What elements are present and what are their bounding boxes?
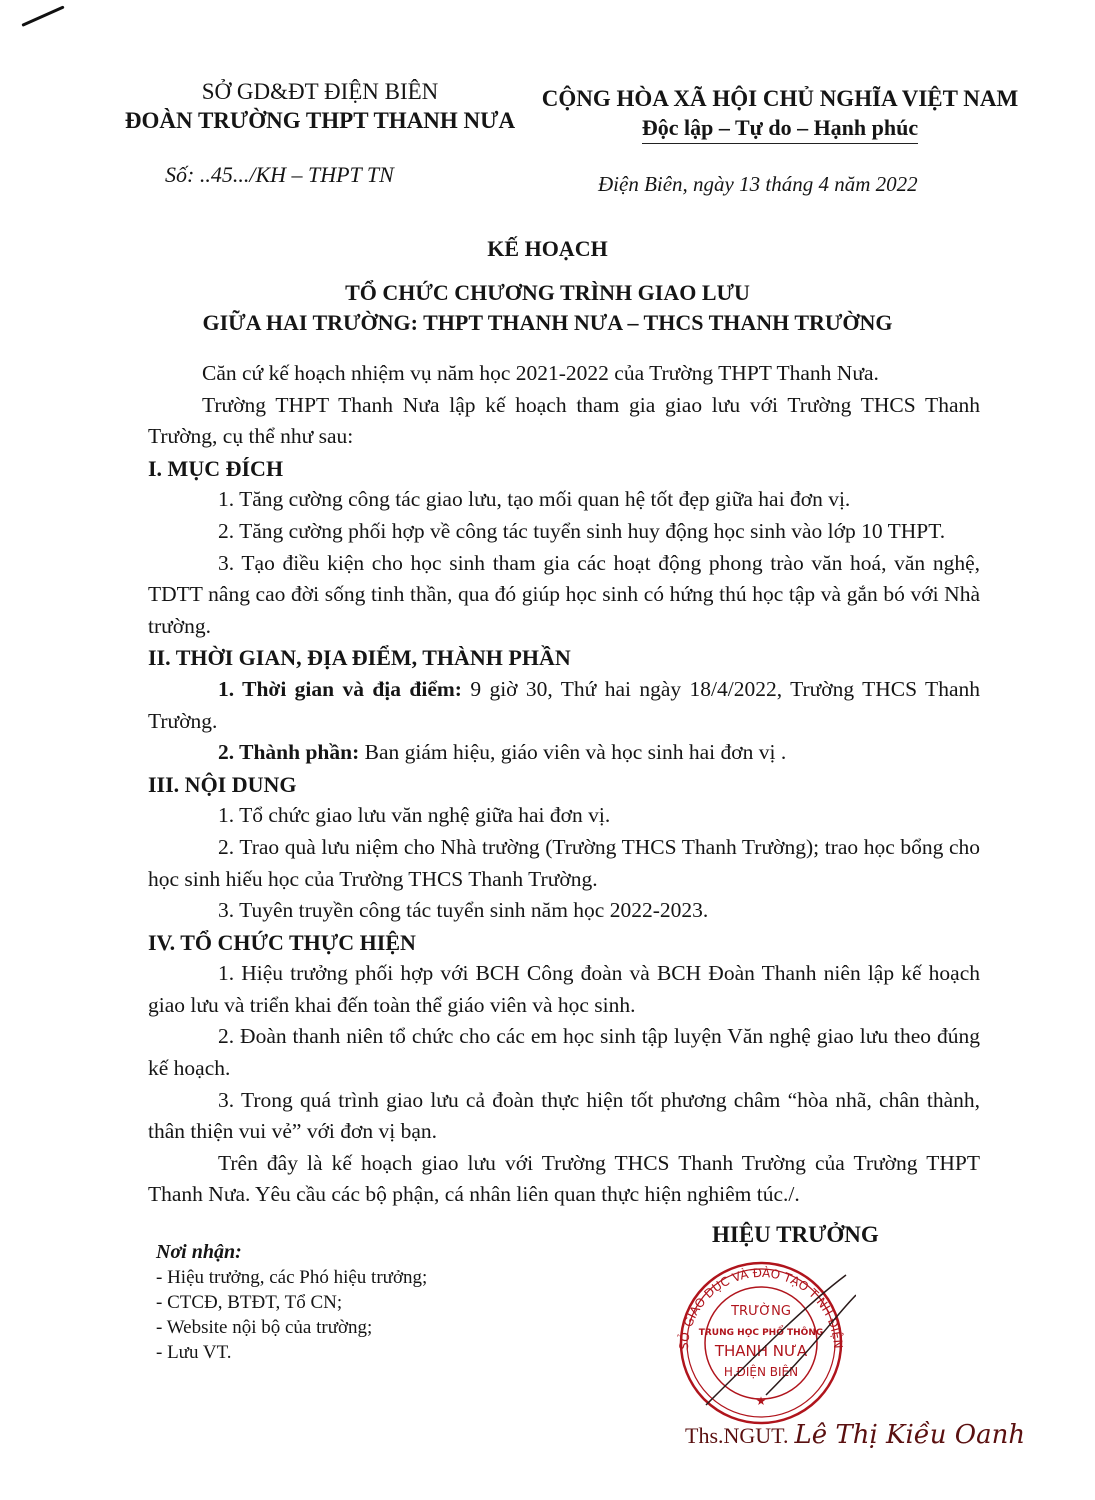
signer-prefix: Ths.NGUT. [685, 1423, 788, 1448]
document-type: KẾ HOẠCH [0, 234, 1095, 264]
list-item: 1. Tăng cường công tác giao lưu, tạo mối… [148, 484, 980, 516]
item-label: 1. Thời gian và địa điểm: [218, 677, 462, 701]
official-stamp: SỞ GIÁO DỤC VÀ ĐÀO TẠO TỈNH ĐIỆN BIÊN TR… [666, 1255, 856, 1425]
recipient-item: - CTCĐ, BTĐT, Tổ CN; [156, 1290, 427, 1315]
section-heading: I. MỤC ĐÍCH [148, 453, 980, 485]
title-line-2: GIỮA HAI TRƯỜNG: THPT THANH NƯA – THCS T… [0, 308, 1095, 338]
signer: Ths.NGUT.Lê Thị Kiều Oanh [685, 1420, 1025, 1450]
national-header: CỘNG HÒA XÃ HỘI CHỦ NGHĨA VIỆT NAM Độc l… [520, 84, 1040, 144]
organization-name: ĐOÀN TRƯỜNG THPT THANH NƯA [70, 106, 570, 136]
place-date: Điện Biên, ngày 13 tháng 4 năm 2022 [598, 172, 918, 197]
intro-paragraph: Căn cứ kế hoạch nhiệm vụ năm học 2021-20… [148, 358, 980, 390]
signer-name: Lê Thị Kiều Oanh [794, 1420, 1025, 1450]
stamp-line-2: TRUNG HỌC PHỔ THÔNG [699, 1325, 824, 1338]
issuing-authority: SỞ GD&ĐT ĐIỆN BIÊN ĐOÀN TRƯỜNG THPT THAN… [70, 78, 570, 136]
title-line-1: TỔ CHỨC CHƯƠNG TRÌNH GIAO LƯU [0, 278, 1095, 308]
list-item: 1. Tổ chức giao lưu văn nghệ giữa hai đơ… [148, 800, 980, 832]
signature-title: HIỆU TRƯỞNG [712, 1222, 879, 1248]
list-item: 3. Tuyên truyền công tác tuyển sinh năm … [148, 895, 980, 927]
recipient-item: - Website nội bộ của trường; [156, 1315, 427, 1340]
recipient-item: - Lưu VT. [156, 1340, 427, 1365]
list-item: 3. Trong quá trình giao lưu cả đoàn thực… [148, 1085, 980, 1148]
list-item: 1. Thời gian và địa điểm: 9 giờ 30, Thứ … [148, 674, 980, 737]
intro-paragraph: Trường THPT Thanh Nưa lập kế hoạch tham … [148, 390, 980, 453]
section-heading: II. THỜI GIAN, ĐỊA ĐIỂM, THÀNH PHẦN [148, 642, 980, 674]
item-label: 2. Thành phần: [218, 740, 359, 764]
list-item: 3. Tạo điều kiện cho học sinh tham gia c… [148, 548, 980, 643]
stamp-line-1: TRƯỜNG [730, 1303, 791, 1319]
pen-mark [21, 5, 64, 26]
star-icon: ★ [756, 1394, 767, 1408]
list-item: 2. Thành phần: Ban giám hiệu, giáo viên … [148, 737, 980, 769]
list-item: 2. Tăng cường phối hợp về công tác tuyển… [148, 516, 980, 548]
recipient-item: - Hiệu trưởng, các Phó hiệu trưởng; [156, 1265, 427, 1290]
agency-name: SỞ GD&ĐT ĐIỆN BIÊN [70, 78, 570, 106]
national-motto: Độc lập – Tự do – Hạnh phúc [642, 114, 918, 144]
document-body: Căn cứ kế hoạch nhiệm vụ năm học 2021-20… [148, 358, 980, 1211]
item-text: Ban giám hiệu, giáo viên và học sinh hai… [359, 740, 786, 764]
nation-name: CỘNG HÒA XÃ HỘI CHỦ NGHĨA VIỆT NAM [520, 84, 1040, 114]
section-heading: III. NỘI DUNG [148, 769, 980, 801]
document-number: Số: ..45.../KH – THPT TN [165, 162, 394, 188]
list-item: 2. Đoàn thanh niên tổ chức cho các em họ… [148, 1021, 980, 1084]
document-title: KẾ HOẠCH TỔ CHỨC CHƯƠNG TRÌNH GIAO LƯU G… [0, 234, 1095, 338]
recipients: Nơi nhận: - Hiệu trưởng, các Phó hiệu tr… [156, 1240, 427, 1365]
list-item: 1. Hiệu trưởng phối hợp với BCH Công đoà… [148, 958, 980, 1021]
closing-paragraph: Trên đây là kế hoạch giao lưu với Trường… [148, 1148, 980, 1211]
recipients-title: Nơi nhận: [156, 1240, 427, 1265]
list-item: 2. Trao quà lưu niệm cho Nhà trường (Trư… [148, 832, 980, 895]
section-heading: IV. TỔ CHỨC THỰC HIỆN [148, 927, 980, 959]
